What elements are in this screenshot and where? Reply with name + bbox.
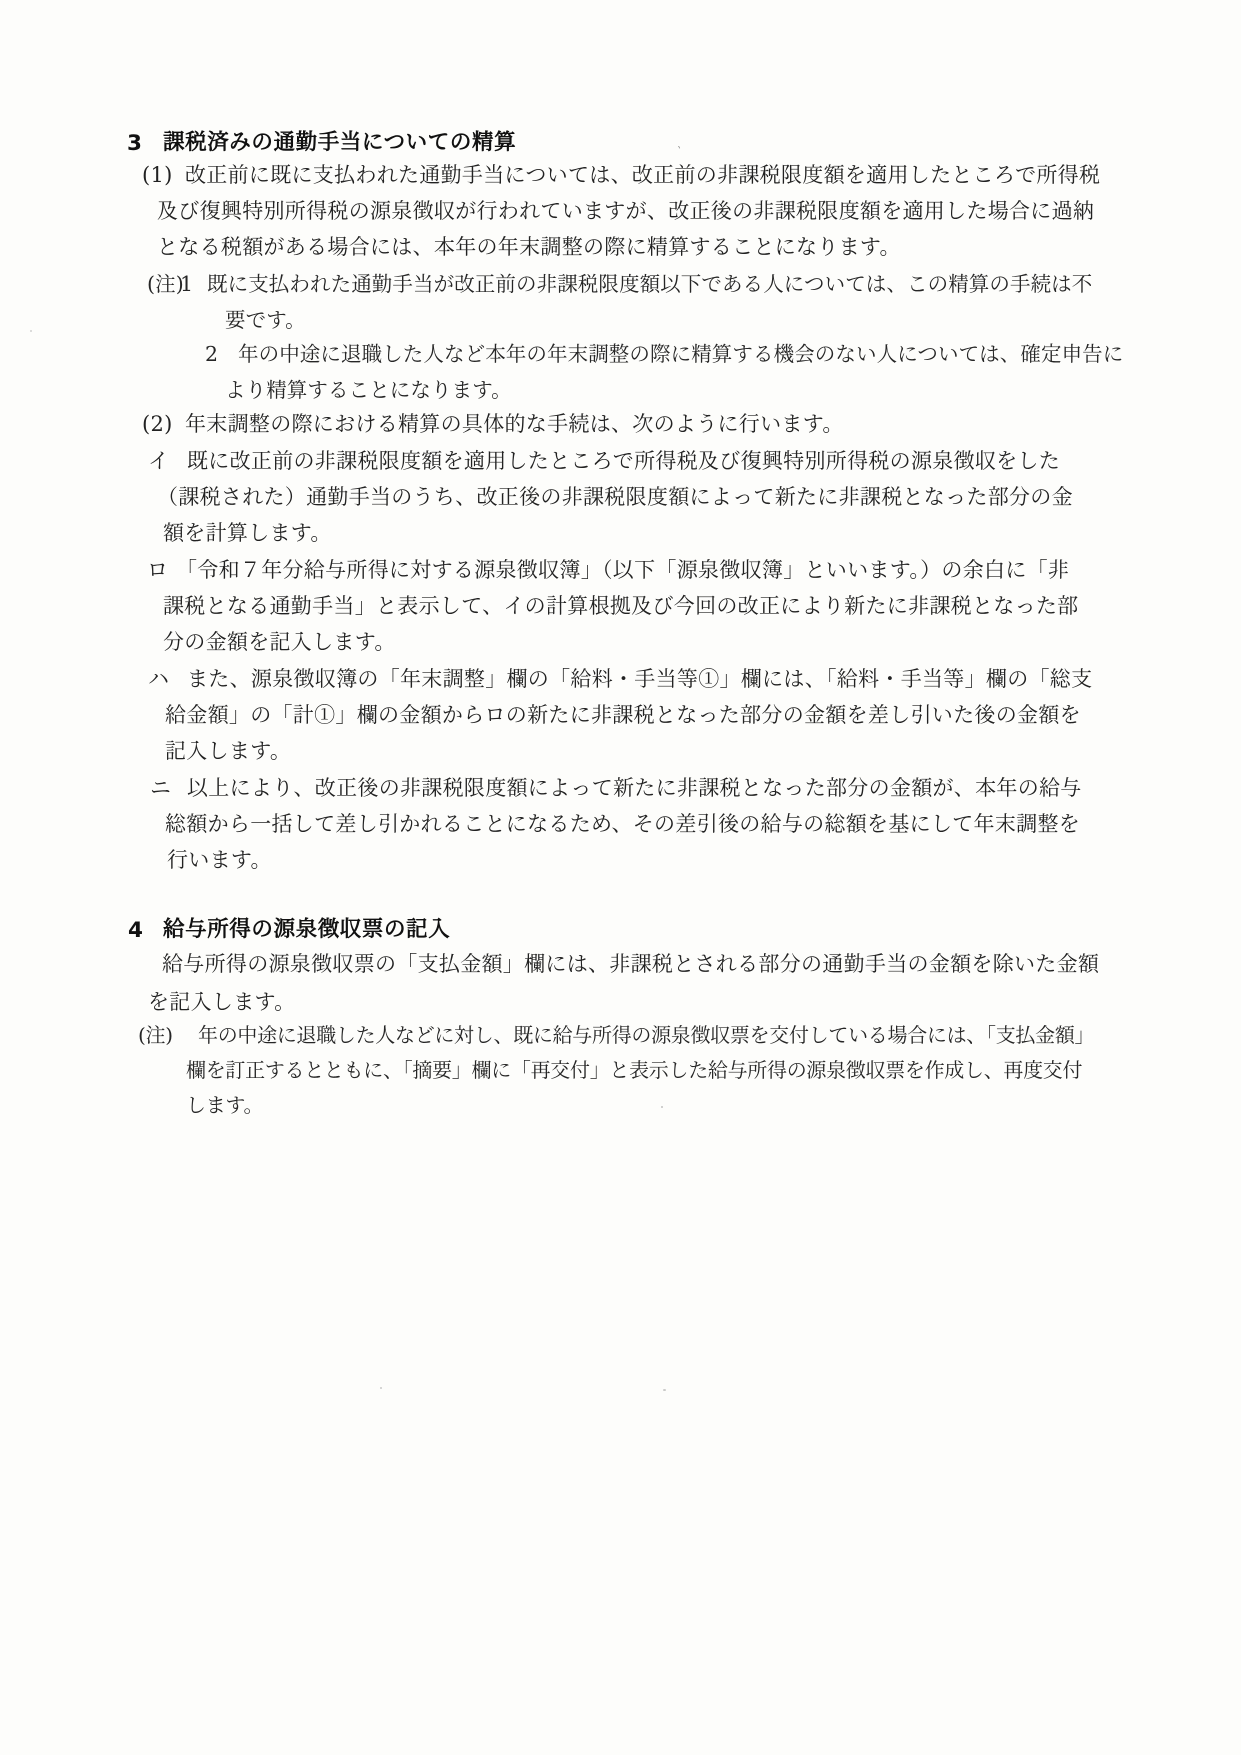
sub-ro-line-2: 課税となる通勤手当」と表示して、イの計算根拠及び今回の改正により新たに非課税とな… xyxy=(163,593,1078,620)
scan-artifact-tick: ` xyxy=(675,145,683,159)
section-4-number: 4 xyxy=(128,917,144,945)
sub-ni-marker: ニ xyxy=(150,775,171,802)
sub-ha-line-3: 記入します。 xyxy=(165,738,291,765)
sub-ha-line-2: 給金額」の「計①」欄の金額からロの新たに非課税となった部分の金額を差し引いた後の… xyxy=(165,702,1081,729)
sub-ro-line-1: 「令和７年分給与所得に対する源泉徴収簿」（以下「源泉徴収簿」といいます。）の余白… xyxy=(176,557,1069,584)
section-4-note-line-3: します。 xyxy=(186,1092,263,1118)
scan-speck xyxy=(30,330,32,332)
section-4-line-1: 給与所得の源泉徴収票の「支払金額」欄には、非課税とされる部分の通勤手当の金額を除… xyxy=(162,951,1099,978)
sub-ni-line-1: 以上により、改正後の非課税限度額によって新たに非課税となった部分の金額が、本年の… xyxy=(187,775,1082,802)
section-4-line-2: を記入します。 xyxy=(148,989,295,1016)
section-4-note-line-1: 年の中途に退職した人などに対し、既に給与所得の源泉徴収票を交付している場合には、… xyxy=(198,1022,1094,1048)
sub-ro-line-3: 分の金額を記入します。 xyxy=(163,629,396,656)
note-2-line-2: より精算することになります。 xyxy=(225,377,512,404)
sub-ha-marker: ハ xyxy=(148,666,169,693)
sub-i-marker: イ xyxy=(148,448,169,475)
section-4-title: 給与所得の源泉徴収票の記入 xyxy=(163,916,450,944)
note-label: (注) xyxy=(147,271,184,298)
note-1-line-2: 要です。 xyxy=(225,307,306,334)
section-4-note-line-2: 欄を訂正するとともに、「摘要」欄に「再交付」と表示した給与所得の源泉徴収票を作成… xyxy=(186,1057,1082,1083)
item-1-line-3: となる税額がある場合には、本年の年末調整の際に精算することになります。 xyxy=(157,234,901,261)
note-1-number: 1 xyxy=(180,271,193,298)
section-4-note-label: (注) xyxy=(138,1022,173,1048)
sub-ni-line-3: 行います。 xyxy=(167,847,272,874)
section-3-number: 3 xyxy=(127,130,143,158)
item-1-line-1: 改正前に既に支払われた通勤手当については、改正前の非課税限度額を適用したところで… xyxy=(185,162,1100,189)
scan-speck xyxy=(661,1106,663,1108)
scan-speck xyxy=(380,1387,382,1389)
section-3-title: 課税済みの通勤手当についての精算 xyxy=(163,129,516,157)
item-1-line-2: 及び復興特別所得税の源泉徴収が行われていますが、改正後の非課税限度額を適用した場… xyxy=(157,198,1094,225)
note-1-line-1: 既に支払われた通勤手当が改正前の非課税限度額以下である人については、この精算の手… xyxy=(207,271,1092,298)
sub-i-line-1: 既に改正前の非課税限度額を適用したところで所得税及び復興特別所得税の源泉徴収をし… xyxy=(187,448,1060,475)
sub-ha-line-1: また、源泉徴収簿の「年末調整」欄の「給料・手当等①」欄には、「給料・手当等」欄の… xyxy=(187,666,1092,693)
scan-speck xyxy=(663,1389,666,1391)
item-2-line-1: 年末調整の際における精算の具体的な手続は、次のように行います。 xyxy=(185,411,844,438)
sub-i-line-3: 額を計算します。 xyxy=(163,520,332,547)
note-2-number: 2 xyxy=(205,341,218,368)
sub-ro-marker: ロ xyxy=(147,557,168,584)
scanned-document-page: 3 課税済みの通勤手当についての精算 (1) 改正前に既に支払われた通勤手当につ… xyxy=(0,0,1241,1755)
item-2-marker: (2) xyxy=(142,411,173,438)
item-1-marker: (1) xyxy=(142,162,173,189)
sub-ni-line-2: 総額から一括して差し引かれることになるため、その差引後の給与の総額を基にして年末… xyxy=(165,811,1080,838)
note-2-line-1: 年の中途に退職した人など本年の年末調整の際に精算する機会のない人については、確定… xyxy=(238,341,1123,368)
sub-i-line-2: （課税された）通勤手当のうち、改正後の非課税限度額によって新たに非課税となった部… xyxy=(157,484,1073,511)
